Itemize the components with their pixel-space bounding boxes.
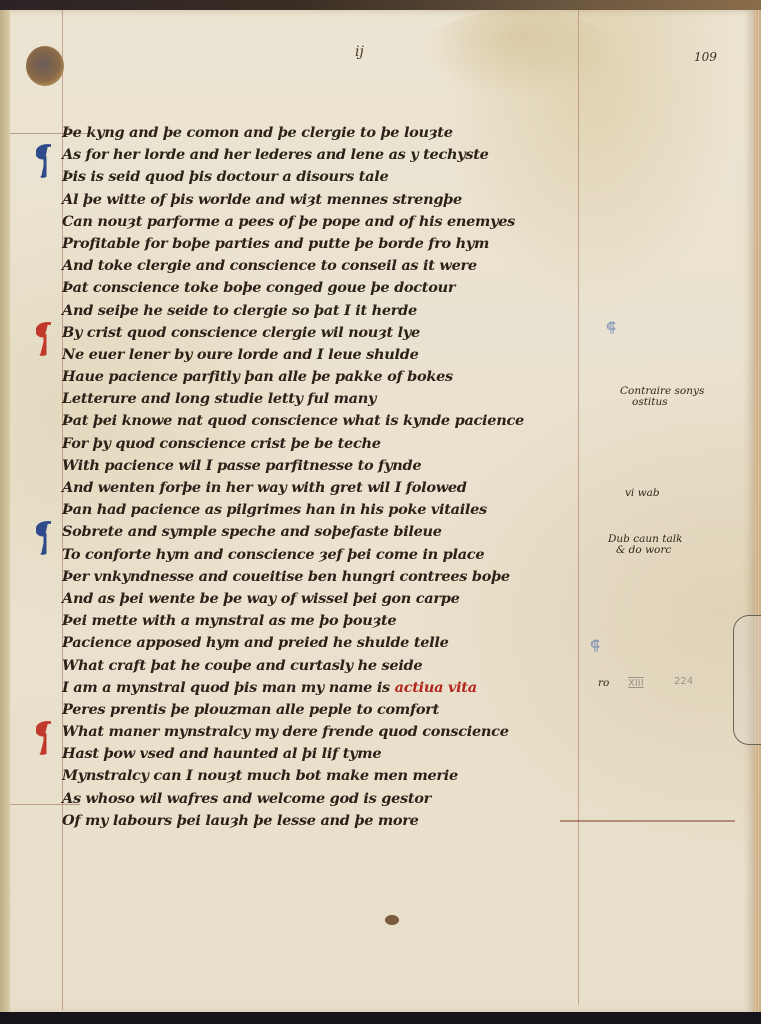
red-paraph-icon bbox=[36, 721, 52, 755]
marginal-note-2: vi wab bbox=[625, 488, 660, 499]
manuscript-text-block: Þe kyng and þe comon and þe clergie to þ… bbox=[62, 122, 622, 832]
page-fore-edge bbox=[754, 10, 761, 1014]
text-line: As whoso wil wafres and welcome god is g… bbox=[62, 788, 622, 809]
text-line: Þan had pacience as pilgrimes han in his… bbox=[62, 500, 622, 521]
quire-mark: ij bbox=[355, 44, 364, 60]
folio-number: 109 bbox=[694, 50, 717, 64]
text-line: And seiþe he seide to clergie so þat I i… bbox=[62, 300, 622, 321]
blue-ink-offset-icon: ⸿ bbox=[606, 318, 616, 337]
blue-paraph-icon bbox=[36, 144, 52, 178]
text-line: With pacience wil I passe parfitnesse to… bbox=[62, 455, 622, 476]
marginal-note-3: Dub caun talk & do worc bbox=[608, 534, 682, 556]
text-line: Ne euer lener by oure lorde and I leue s… bbox=[62, 344, 622, 365]
text-line: Þei mette with a mynstral as me þo þouȝt… bbox=[62, 611, 622, 632]
pencil-note-chapter: XIII bbox=[628, 678, 644, 689]
text-line: Pacience apposed hym and preied he shuld… bbox=[62, 633, 622, 654]
text-line: Mynstralcy can I nouȝt much bot make men… bbox=[62, 766, 622, 787]
text-line: To conforte hym and conscience ȝef þei c… bbox=[62, 544, 622, 565]
text-line: What craft þat he couþe and curtasly he … bbox=[62, 655, 622, 676]
marginal-note-4: ro bbox=[598, 678, 609, 689]
blue-ink-offset-icon: ⸿ bbox=[590, 636, 600, 655]
water-stain bbox=[420, 10, 620, 100]
text-line: Þat conscience toke boþe conged goue þe … bbox=[62, 278, 622, 299]
text-line: Of my labours þei lauȝh þe lesse and þe … bbox=[62, 810, 622, 831]
book-bottom-edge bbox=[0, 1012, 761, 1024]
text-line: Haue pacience parfitly þan alle þe pakke… bbox=[62, 367, 622, 388]
stain-spot bbox=[385, 915, 399, 925]
text-line: Sobrete and symple speche and soþefaste … bbox=[62, 522, 622, 543]
text-line: Letterure and long studie letty ful many bbox=[62, 389, 622, 410]
text-line: Al þe witte of þis worlde and wiȝt menne… bbox=[62, 189, 622, 210]
text-line: Þis is seid quod þis doctour a disours t… bbox=[62, 167, 622, 188]
marginal-note-1: Contraire sonys ostitus bbox=[620, 386, 704, 408]
text-line: Can nouȝt parforme a pees of þe pope and… bbox=[62, 211, 622, 232]
red-paraph-icon bbox=[36, 321, 52, 355]
text-line: And as þei wente be þe way of wissel þei… bbox=[62, 588, 622, 609]
text-line: I am a mynstral quod þis man my name is … bbox=[62, 677, 622, 698]
text-line: And toke clergie and conscience to conse… bbox=[62, 256, 622, 277]
text-line: Þat þei knowe nat quod conscience what i… bbox=[62, 411, 622, 432]
text-line: Profitable for boþe parties and putte þe… bbox=[62, 233, 622, 254]
left-gutter bbox=[0, 10, 10, 1014]
text-line: Þe kyng and þe comon and þe clergie to þ… bbox=[62, 123, 622, 144]
stain-hole bbox=[26, 46, 64, 86]
text-line: Peres prentis þe plouzman alle peple to … bbox=[62, 699, 622, 720]
rubric-actiua-vita: actiua vita bbox=[395, 679, 477, 695]
text-line: For þy quod conscience crist þe be teche bbox=[62, 433, 622, 454]
pencil-note-line: 224 bbox=[674, 676, 693, 687]
text-line: By crist quod conscience clergie wil nou… bbox=[62, 322, 622, 343]
text-line: Þer vnkyndnesse and coueitise ben hungri… bbox=[62, 566, 622, 587]
blue-paraph-icon bbox=[36, 521, 52, 555]
text-line: Hast þow vsed and haunted al þi lif tyme bbox=[62, 744, 622, 765]
page-clip bbox=[733, 615, 761, 745]
text-line: What maner mynstralcy my dere frende quo… bbox=[62, 722, 622, 743]
text-line: As for her lorde and her lederes and len… bbox=[62, 145, 622, 166]
text-line: And wenten forþe in her way with gret wi… bbox=[62, 478, 622, 499]
